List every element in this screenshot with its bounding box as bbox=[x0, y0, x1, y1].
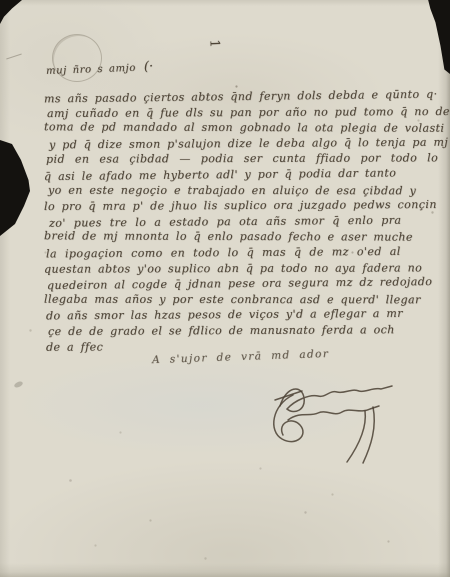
torn-edge-top-left bbox=[0, 0, 22, 24]
pencil-mark bbox=[6, 54, 22, 60]
page-number-mark: 1 bbox=[207, 39, 222, 48]
salutation-flourish: (· bbox=[144, 59, 154, 74]
body-line: q̄ asi le afado me hyberto adl' y por q̄… bbox=[44, 165, 442, 185]
salutation-line: muj ñro s amjo(· bbox=[46, 59, 154, 78]
body-line: yo en este negoçio e trabajado en aluiço… bbox=[48, 182, 442, 198]
body-line: çe de de grado el se fdlico de manusnato… bbox=[48, 322, 442, 340]
body-line: la ipogaçion como en todo lo q̄ mas q̄ d… bbox=[46, 244, 442, 262]
paper-speckles bbox=[0, 0, 1, 1]
salutation-text: muj ñro s amjo bbox=[46, 63, 136, 77]
pencil-smudge bbox=[13, 380, 23, 388]
body-line: toma de pd mandado al smon gobnado la ot… bbox=[44, 119, 442, 136]
manuscript-photo: 1 muj ñro s amjo(· ms añs pasado çiertos… bbox=[0, 0, 450, 577]
torn-hole-left-edge bbox=[0, 136, 30, 236]
signature-flourish bbox=[266, 378, 406, 466]
letter-body: ms añs pasado çiertos abtos q̄nd feryn d… bbox=[44, 89, 442, 354]
torn-edge-top-right bbox=[422, 0, 450, 74]
